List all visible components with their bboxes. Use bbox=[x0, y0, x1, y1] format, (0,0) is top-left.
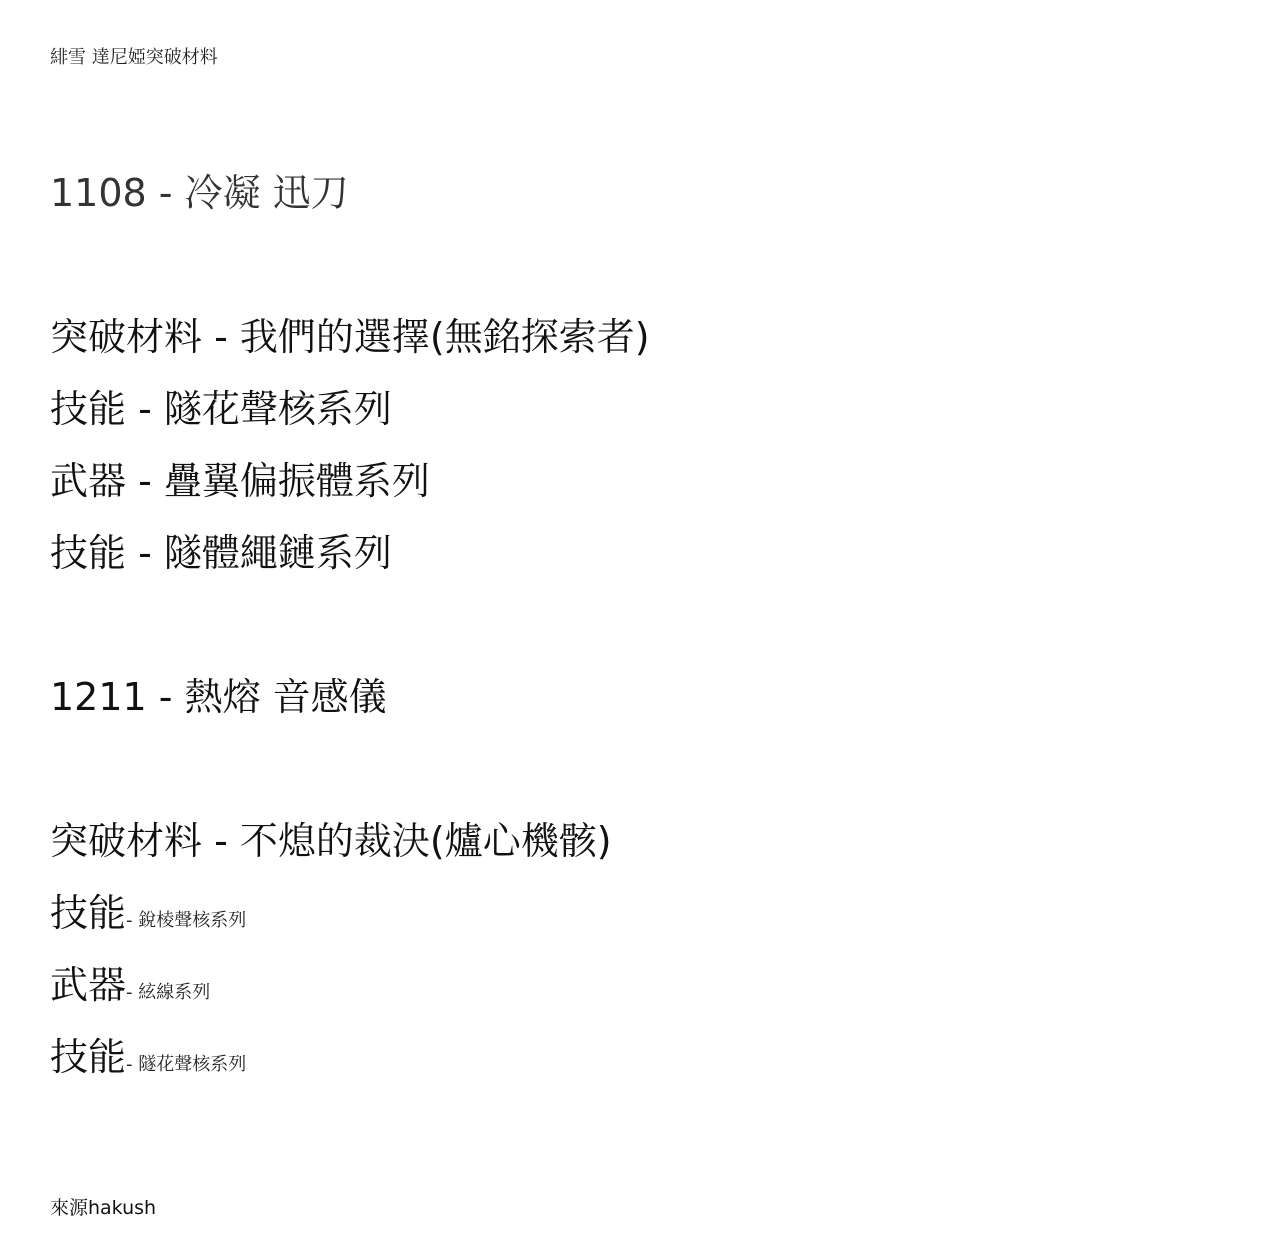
page-title: 緋雪 達尼婭突破材料 bbox=[50, 46, 218, 70]
row-value: - 銳棱聲核系列 bbox=[126, 910, 246, 931]
row-label: 武器 bbox=[50, 459, 126, 503]
row-value: 隧花聲核系列 bbox=[164, 387, 392, 431]
row-label: 突破材料 bbox=[50, 819, 202, 863]
row-label: 技能 bbox=[50, 1035, 126, 1079]
row-value: 我們的選擇(無銘探索者) bbox=[240, 315, 650, 359]
skill-material-row: 技能 - 隧體繩鏈系列 bbox=[50, 528, 392, 578]
skill-material-row: 技能 - 隧花聲核系列 bbox=[50, 384, 392, 434]
row-label: 武器 bbox=[50, 963, 126, 1007]
row-label: 突破材料 bbox=[50, 315, 202, 359]
row-value: 疊翼偏振體系列 bbox=[164, 459, 430, 503]
skill-material-row: 技能- 銳棱聲核系列 bbox=[50, 888, 246, 946]
breakthrough-material-row: 突破材料 - 我們的選擇(無銘探索者) bbox=[50, 312, 650, 362]
row-separator: - bbox=[126, 531, 164, 575]
row-label: 技能 bbox=[50, 531, 126, 575]
row-separator: - bbox=[202, 315, 240, 359]
row-value: 不熄的裁決(爐心機骸) bbox=[240, 819, 612, 863]
row-separator: - bbox=[202, 819, 240, 863]
breakthrough-material-row: 突破材料 - 不熄的裁決(爐心機骸) bbox=[50, 816, 612, 866]
row-label: 技能 bbox=[50, 891, 126, 935]
section-heading-1108: 1108 - 冷凝 迅刀 bbox=[50, 168, 349, 218]
source-credit: 來源hakush bbox=[50, 1196, 156, 1220]
section-heading-1211: 1211 - 熱熔 音感儀 bbox=[50, 672, 387, 722]
row-value: - 絃線系列 bbox=[126, 982, 210, 1003]
row-value: 隧體繩鏈系列 bbox=[164, 531, 392, 575]
weapon-material-row: 武器 - 疊翼偏振體系列 bbox=[50, 456, 430, 506]
row-label: 技能 bbox=[50, 387, 126, 431]
row-separator: - bbox=[126, 459, 164, 503]
skill-material-row: 技能- 隧花聲核系列 bbox=[50, 1032, 246, 1090]
row-value: - 隧花聲核系列 bbox=[126, 1054, 246, 1075]
row-separator: - bbox=[126, 387, 164, 431]
weapon-material-row: 武器- 絃線系列 bbox=[50, 960, 210, 1018]
